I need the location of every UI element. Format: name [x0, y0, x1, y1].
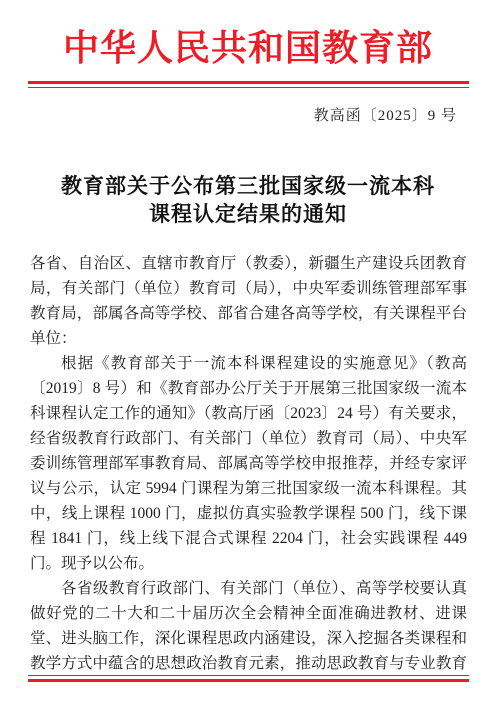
body-line: 门。现予以公布。	[30, 551, 467, 576]
body-line: 经省级教育行政部门、有关部门（单位）教育司（局）、中央军	[30, 426, 467, 451]
body-line: 教学方式中蕴含的思想政治教育元素，推动思政教育与专业教育	[30, 651, 467, 676]
body-line: 议与公示，认定 5994 门课程为第三批国家级一流本科课程。其	[30, 476, 467, 501]
document-page: 中华人民共和国教育部 教高函〔2025〕9 号 教育部关于公布第三批国家级一流本…	[0, 0, 496, 702]
body-line: 做好党的二十大和二十届历次全会精神全面准确进教材、进课	[30, 601, 467, 626]
divider-thin-line	[28, 87, 469, 88]
divider-thick-line	[28, 679, 469, 682]
body-line: 科课程认定工作的通知》（教高厅函〔2023〕24 号）有关要求，	[30, 401, 467, 426]
ministry-letterhead-title: 中华人民共和国教育部	[0, 0, 496, 70]
body-line: 根据《教育部关于一流本科课程建设的实施意见》（教高	[30, 351, 467, 376]
divider-thin-line	[28, 675, 469, 676]
document-title: 教育部关于公布第三批国家级一流本科 课程认定结果的通知	[0, 172, 496, 228]
letterhead-divider	[28, 81, 469, 88]
body-line: 局，有关部门（单位）教育司（局），中央军委训练管理部军事	[30, 276, 467, 301]
body-line: 〔2019〕8 号）和《教育部办公厅关于开展第三批国家级一流本	[30, 376, 467, 401]
divider-thick-line	[28, 81, 469, 84]
body-line: 单位：	[30, 326, 467, 351]
document-body: 各省、自治区、直辖市教育厅（教委），新疆生产建设兵团教育 局，有关部门（单位）教…	[30, 251, 467, 676]
body-line: 委训练管理部军事教育局、部属高等学校申报推荐，并经专家评	[30, 451, 467, 476]
document-number: 教高函〔2025〕9 号	[0, 107, 496, 126]
body-line: 教育局，部属各高等学校、部省合建各高等学校，有关课程平台	[30, 301, 467, 326]
page-bottom-divider	[28, 675, 469, 682]
document-title-line1: 教育部关于公布第三批国家级一流本科	[0, 172, 496, 200]
body-line: 程 1841 门，线上线下混合式课程 2204 门，社会实践课程 449	[30, 526, 467, 551]
body-line: 中，线上课程 1000 门，虚拟仿真实验教学课程 500 门，线下课	[30, 501, 467, 526]
body-line: 各省、自治区、直辖市教育厅（教委），新疆生产建设兵团教育	[30, 251, 467, 276]
body-line: 各省级教育行政部门、有关部门（单位）、高等学校要认真	[30, 576, 467, 601]
body-line: 堂、进头脑工作，深化课程思政内涵建设，深入挖掘各类课程和	[30, 626, 467, 651]
document-title-line2: 课程认定结果的通知	[0, 200, 496, 228]
